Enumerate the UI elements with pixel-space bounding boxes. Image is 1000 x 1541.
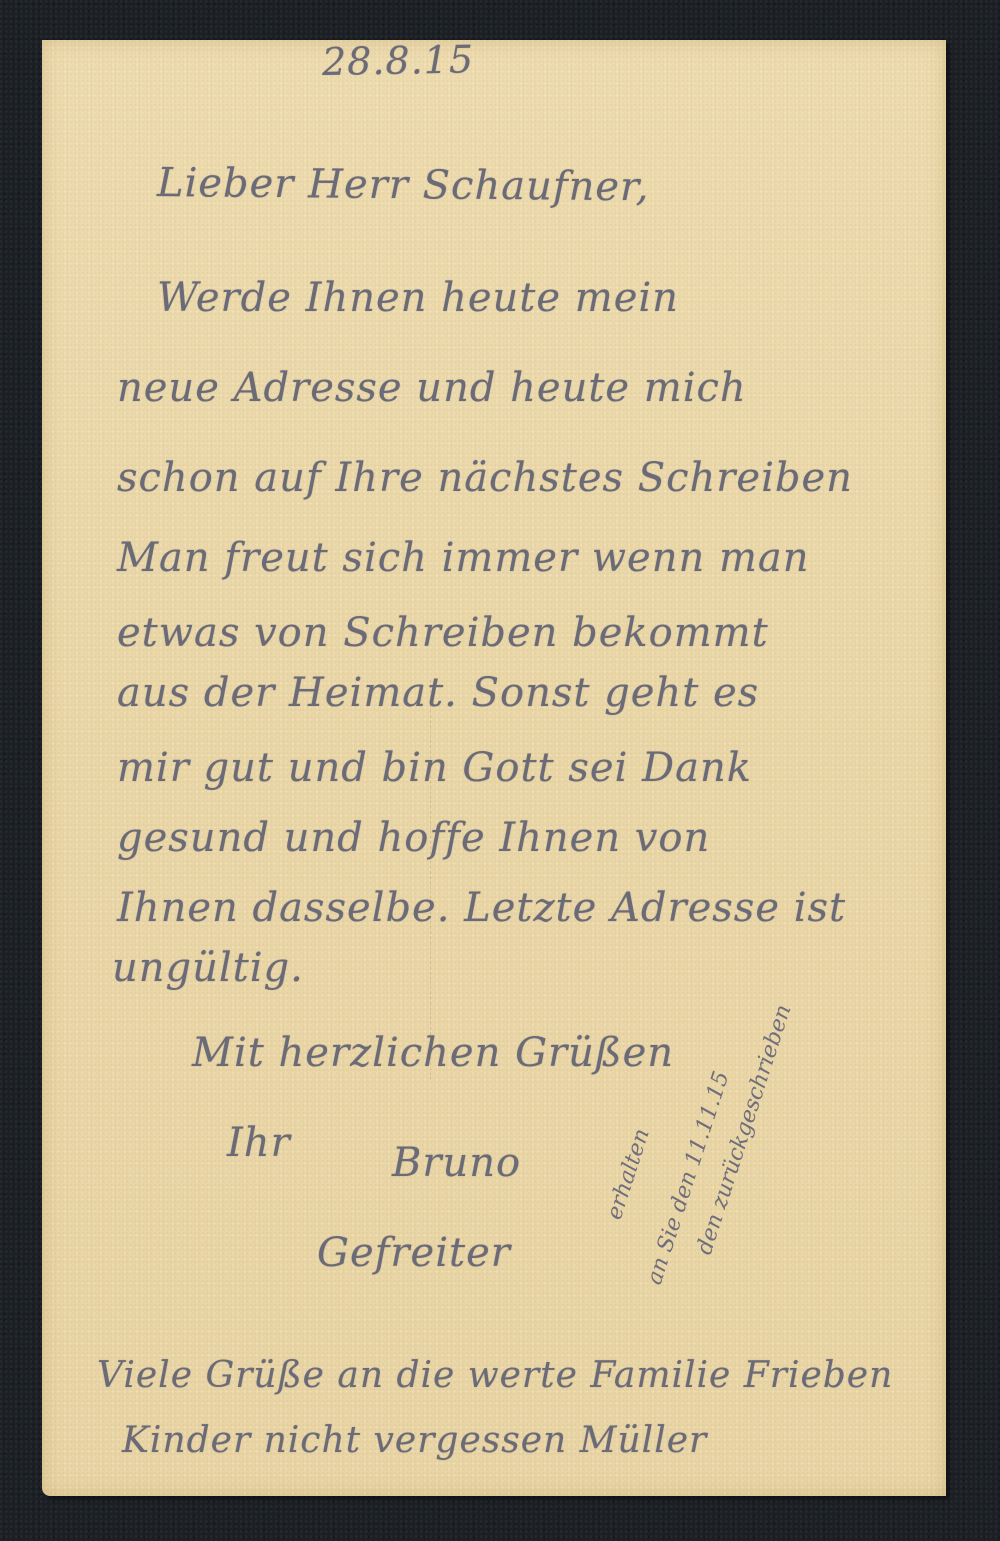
body-line-1: Werde Ihnen heute mein [157, 275, 679, 321]
date: 28.8.15 [322, 37, 475, 84]
postcard: 28.8.15 Lieber Herr Schaufner, Werde Ihn… [42, 40, 946, 1496]
signature-rank: Gefreiter [317, 1230, 511, 1276]
body-line-10: ungültig. [112, 945, 304, 991]
body-line-4: Man freut sich immer wenn man [117, 535, 809, 581]
body-line-6: aus der Heimat. Sonst geht es [117, 670, 759, 716]
body-line-7: mir gut und bin Gott sei Dank [117, 745, 752, 791]
signature-name: Bruno [392, 1140, 521, 1186]
body-line-9: Ihnen dasselbe. Letzte Adresse ist [117, 885, 846, 931]
body-line-2: neue Adresse und heute mich [117, 365, 747, 411]
signature-prefix: Ihr [227, 1120, 291, 1166]
body-line-8: gesund und hoffe Ihnen von [117, 815, 710, 861]
footer-line-2: Kinder nicht vergessen Müller [122, 1420, 707, 1461]
closing: Mit herzlichen Grüßen [192, 1030, 674, 1076]
fold-crease [430, 680, 431, 1080]
margin-note-1: erhalten [602, 1126, 655, 1223]
salutation: Lieber Herr Schaufner, [157, 160, 650, 210]
footer-line-1: Viele Grüße an die werte Familie Frieben [97, 1355, 893, 1396]
body-line-3: schon auf Ihre nächstes Schreiben [117, 455, 853, 501]
body-line-5: etwas von Schreiben bekommt [117, 610, 769, 656]
